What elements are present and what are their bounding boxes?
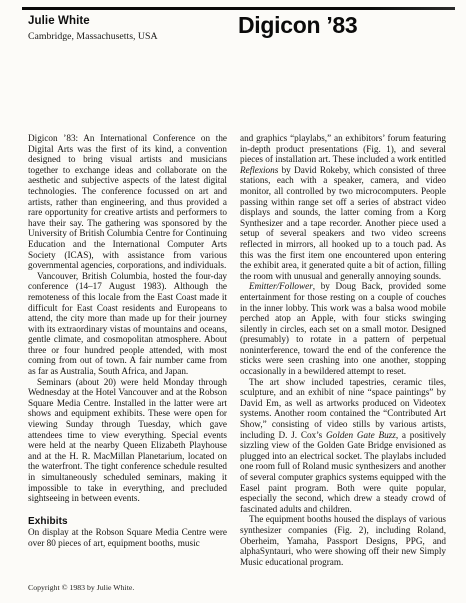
copyright-note: Copyright © 1983 by Julie White. xyxy=(28,583,134,594)
top-rule xyxy=(22,7,455,10)
paragraph-equipment-booths: The equipment booths housed the displays… xyxy=(240,514,446,567)
paragraph-playlabs: and graphics “playlabs,” an exhibitors’ … xyxy=(240,133,446,281)
paragraph-intro: Digicon ’83: An International Conference… xyxy=(28,133,227,271)
paragraph-seminars: Seminars (about 20) were held Monday thr… xyxy=(28,377,227,504)
section-heading-exhibits: Exhibits xyxy=(28,517,227,528)
author-location: Cambridge, Massachusetts, USA xyxy=(28,31,238,43)
page-title: Digicon ’83 xyxy=(238,12,357,38)
author-name: Julie White xyxy=(28,15,238,28)
left-column: Digicon ’83: An International Conference… xyxy=(28,133,227,603)
paragraph-vancouver: Vancouver, British Columbia, hosted the … xyxy=(28,271,227,377)
right-column: and graphics “playlabs,” an exhibitors’ … xyxy=(240,133,446,603)
paragraph-emitter-follower: Emitter/Follower, by Doug Back, provided… xyxy=(240,281,446,376)
header-author-block: Julie White Cambridge, Massachusetts, US… xyxy=(28,15,238,43)
paragraph-exhibits: On display at the Robson Square Media Ce… xyxy=(28,527,227,548)
paragraph-art-show: The art show included tapestries, cerami… xyxy=(240,377,446,515)
article-page: Julie White Cambridge, Massachusetts, US… xyxy=(0,0,466,603)
